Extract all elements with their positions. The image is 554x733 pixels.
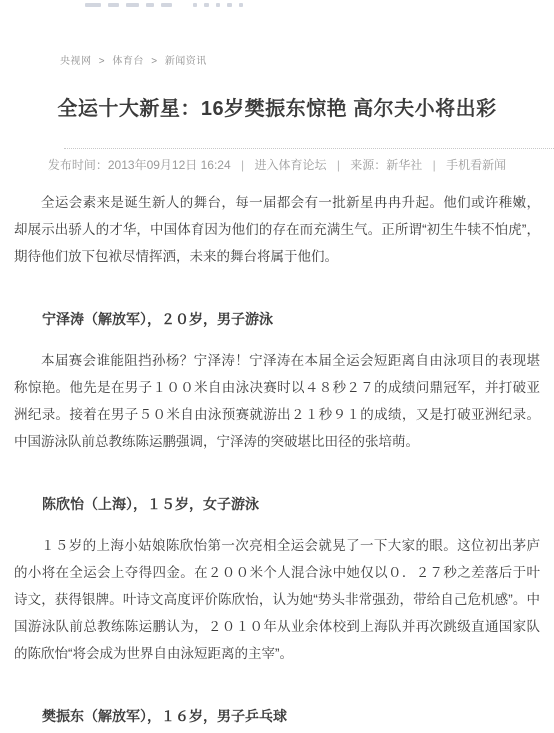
breadcrumb-separator: > (151, 56, 157, 67)
article-page: 央视网 > 体育台 > 新闻资讯 全运十大新星：16岁樊振东惊艳 高尔夫小将出彩… (0, 0, 554, 733)
cutoff-glyph-fragment (216, 3, 220, 7)
article-meta-bar: 发布时间：2013年09月12日 16:24 | 进入体育论坛 | 来源：新华社… (0, 156, 554, 173)
dotted-divider (64, 148, 554, 149)
breadcrumb-link-cctv[interactable]: 央视网 (60, 56, 92, 67)
subheading-ning-zetao: 宁泽涛（解放军），２０岁，男子游泳 (14, 306, 540, 333)
subheading-fan-zhendong: 樊振东（解放军），１６岁，男子乒乓球 (14, 703, 540, 730)
cutoff-glyph-fragment (85, 3, 101, 7)
breadcrumb-link-news-section[interactable]: 新闻资讯 (165, 56, 207, 67)
article-source: 来源：新华社 (350, 158, 422, 172)
paragraph-ning-zetao: 本届赛会谁能阻挡孙杨？宁泽涛！宁泽涛在本届全运会短距离自由泳项目的表现堪称惊艳。… (14, 347, 540, 455)
meta-separator: | (433, 158, 436, 172)
cutoff-glyph-fragment (161, 3, 172, 7)
cutoff-glyph-fragment (239, 3, 243, 7)
breadcrumb: 央视网 > 体育台 > 新闻资讯 (60, 52, 554, 67)
meta-separator: | (241, 158, 244, 172)
sports-forum-link[interactable]: 进入体育论坛 (254, 158, 326, 172)
paragraph-chen-xinyi: １５岁的上海小姑娘陈欣怡第一次亮相全运会就晃了一下大家的眼。这位初出茅庐的小将在… (14, 532, 540, 667)
cutoff-glyph-fragment (126, 3, 139, 7)
cutoff-glyph-fragment (227, 3, 232, 7)
cutoff-glyph-fragment (193, 3, 197, 7)
cutoff-glyph-fragment (108, 3, 119, 7)
cutoff-header-fragment (85, 0, 554, 10)
article-body: 全运会素来是诞生新人的舞台，每一届都会有一批新星冉冉升起。他们或许稚嫩，却展示出… (14, 189, 540, 730)
breadcrumb-link-sports-channel[interactable]: 体育台 (112, 56, 144, 67)
mobile-news-link[interactable]: 手机看新闻 (446, 158, 506, 172)
cutoff-glyph-fragment (204, 3, 209, 7)
paragraph-intro: 全运会素来是诞生新人的舞台，每一届都会有一批新星冉冉升起。他们或许稚嫩，却展示出… (14, 189, 540, 270)
publish-time: 发布时间：2013年09月12日 16:24 (48, 158, 231, 172)
subheading-chen-xinyi: 陈欣怡（上海），１５岁，女子游泳 (14, 491, 540, 518)
breadcrumb-separator: > (99, 56, 105, 67)
meta-separator: | (337, 158, 340, 172)
article-title: 全运十大新星：16岁樊振东惊艳 高尔夫小将出彩 (0, 92, 554, 121)
cutoff-glyph-fragment (146, 3, 154, 7)
